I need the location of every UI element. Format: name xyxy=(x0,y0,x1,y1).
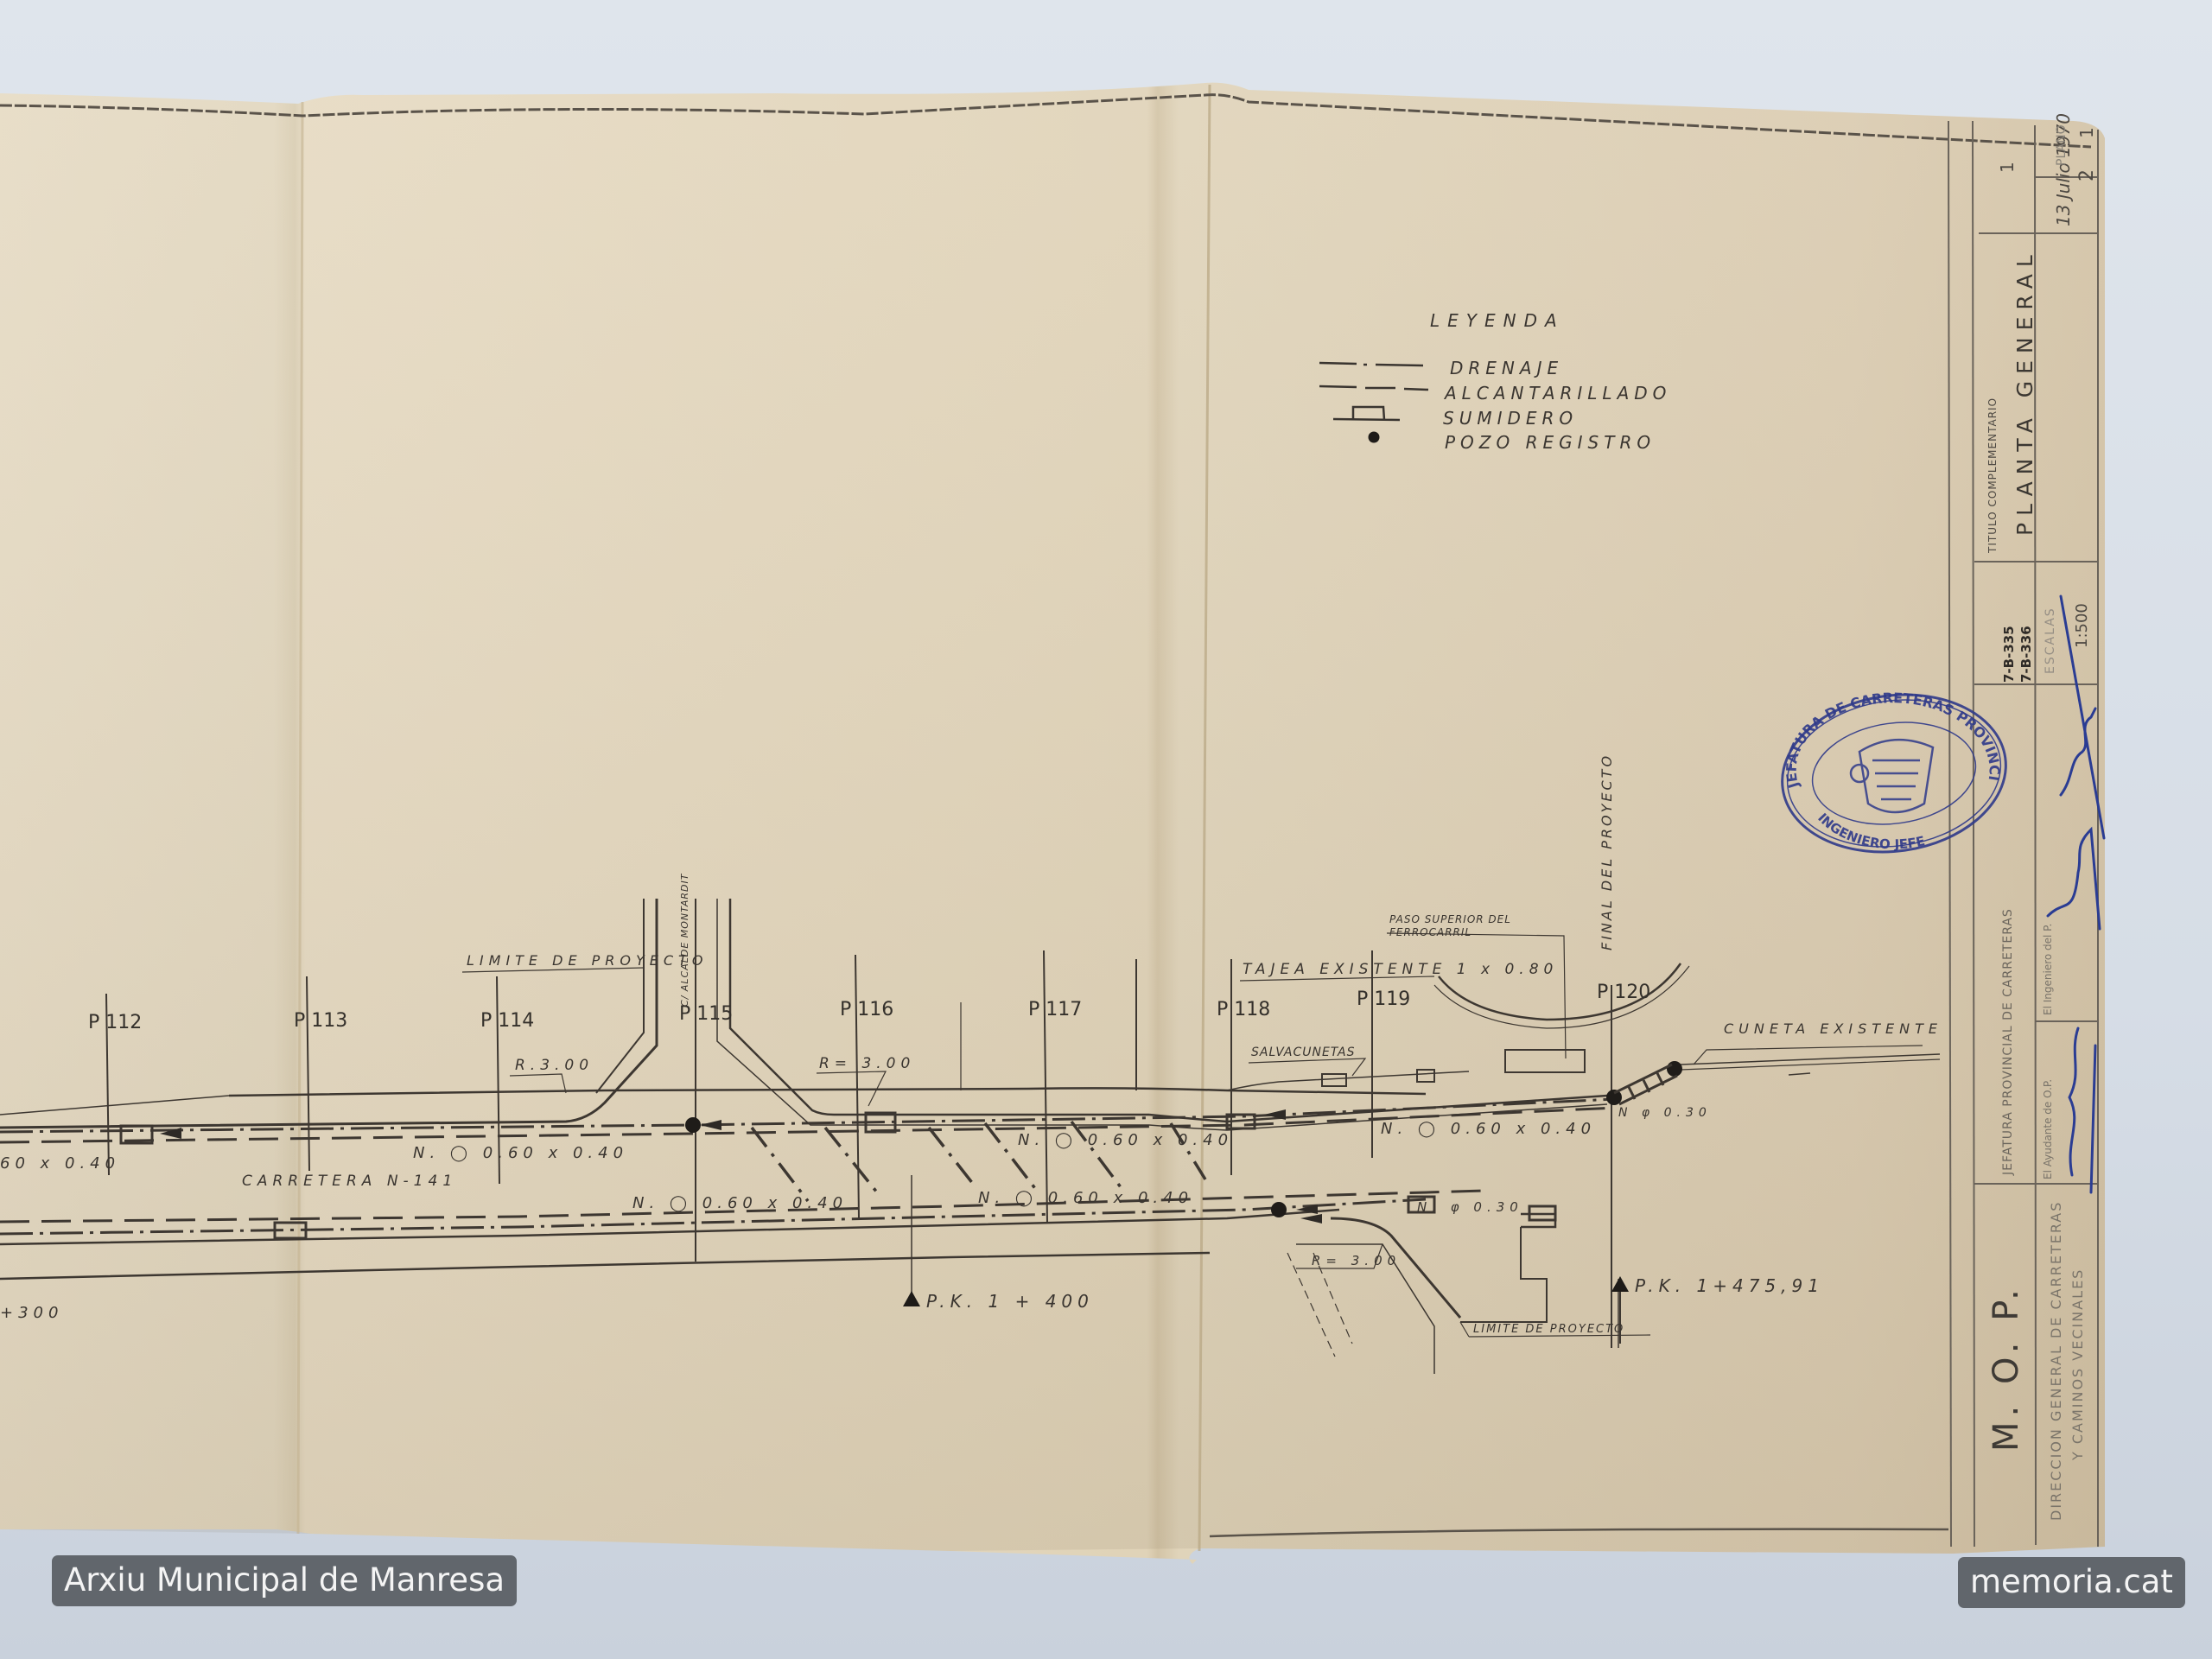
archive-watermark: Arxiu Municipal de Manresa xyxy=(52,1555,517,1606)
svg-text:JEFATURA DE CARRETERAS PROVINC: JEFATURA DE CARRETERAS PROVINCIA DE BARC… xyxy=(1773,683,2003,791)
sheet-title: PLANTA GENERAL xyxy=(2012,248,2037,536)
escalas-label: ESCALAS xyxy=(2044,607,2057,674)
authority-main: M. O. P. xyxy=(1986,1284,2026,1452)
subtitle-label: TITULO COMPLEMENTARIO xyxy=(1986,397,1999,554)
hoja-total: 1 xyxy=(2076,127,2097,138)
plano-number: 1 xyxy=(1997,162,2018,173)
signature-ayudante xyxy=(2069,1028,2095,1192)
authority-dir-line2: Y CAMINOS VECINALES xyxy=(2069,1268,2086,1461)
site-watermark: memoria.cat xyxy=(1958,1557,2185,1608)
hoja-value: 2 xyxy=(2076,169,2098,181)
clave-ref: 7-B-335 xyxy=(2001,626,2017,683)
official-stamp: JEFATURA DE CARRETERAS PROVINCIA DE BARC… xyxy=(1773,683,2015,864)
stamp-outer-text: JEFATURA DE CARRETERAS PROVINCIA DE BARC… xyxy=(1773,683,2003,791)
plano-label: PLANO xyxy=(2055,124,2069,166)
coat-of-arms-icon xyxy=(1851,740,1933,812)
signature-ingeniero xyxy=(2048,829,2100,929)
ingeniero-label: El Ingeniero del P. xyxy=(2042,924,2054,1015)
stamp-inner-text: INGENIERO JEFE xyxy=(1815,810,1926,853)
authority-dir-line1: DIRECCION GENERAL DE CARRETERAS xyxy=(2048,1201,2064,1521)
scale-value: 1:500 xyxy=(2073,603,2091,648)
svg-text:INGENIERO JEFE: INGENIERO JEFE xyxy=(1815,810,1926,853)
ayudante-label: El Ayudante de O.P. xyxy=(2042,1079,2054,1179)
clave-ref: 7-B-336 xyxy=(2018,626,2034,683)
jefatura-label: JEFATURA PROVINCIAL DE CARRETERAS xyxy=(2001,908,2015,1176)
